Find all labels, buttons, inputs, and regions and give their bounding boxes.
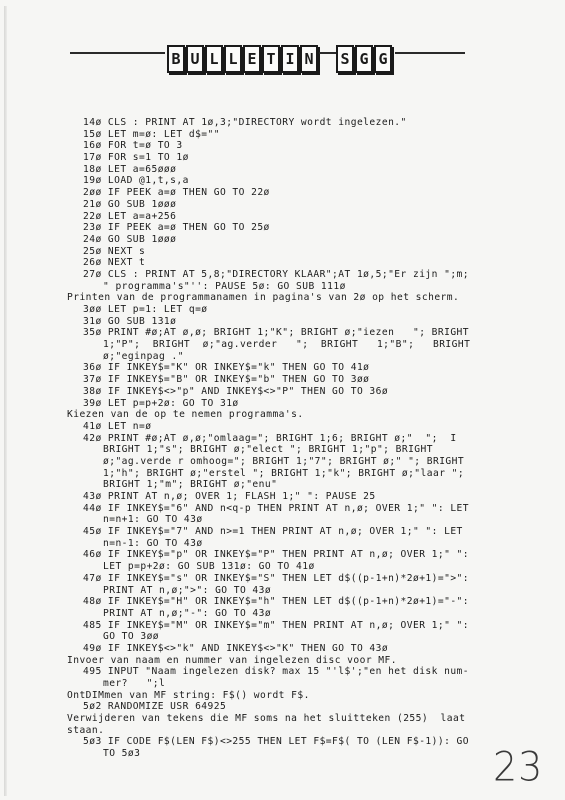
listing-code-line: 38ø IF INKEY$<>"p" AND INKEY$<>"P" THEN …	[67, 386, 547, 398]
listing-continuation-line: " programma's"'': PAUSE 5ø: GO SUB 111ø	[67, 281, 547, 293]
listing-comment: Printen van de programmanamen in pagina'…	[67, 292, 547, 304]
listing-code-line: 31ø GO SUB 131ø	[67, 316, 547, 328]
banner-letter-tile: B	[167, 45, 185, 73]
listing-continuation-line: ø;"ag.verde r omhoog="; BRIGHT 1;"7"; BR…	[67, 456, 547, 468]
listing-continuation-line: 1;"P"; BRIGHT ø;"ag.verder "; BRIGHT 1;"…	[67, 339, 547, 351]
listing-comment: OntDIMmen van MF string: F$() wordt F$.	[67, 690, 547, 702]
listing-continuation-line: GO TO 3øø	[67, 631, 547, 643]
listing-continuation-line: mer? ";l	[67, 678, 547, 690]
listing-code-line: 3øø LET p=1: LET q=ø	[67, 304, 547, 316]
listing-code-line: 44ø IF INKEY$="6" AND n<q-p THEN PRINT A…	[67, 503, 547, 515]
listing-continuation-line: 1;"h"; BRIGHT ø;"erstel "; BRIGHT 1;"k";…	[67, 468, 547, 480]
listing-code-line: 5ø2 RANDOMIZE USR 64925	[67, 701, 547, 713]
listing-code-line: 24ø GO SUB 1øøø	[67, 234, 547, 246]
listing-code-line: 26ø NEXT t	[67, 257, 547, 269]
listing-continuation-line: BRIGHT 1;"s"; BRIGHT ø;"elect "; BRIGHT …	[67, 444, 547, 456]
banner-letter-tile: G	[355, 45, 373, 73]
banner-letter-tile: I	[281, 45, 299, 73]
bulletin-banner: BULLETINSGG	[165, 45, 395, 75]
listing-code-line: 25ø NEXT s	[67, 246, 547, 258]
listing-code-line: 42ø PRINT #ø;AT ø,ø;"omlaag="; BRIGHT 1;…	[67, 433, 547, 445]
listing-code-line: 22ø LET a=a+256	[67, 211, 547, 223]
listing-code-line: 27ø CLS : PRINT AT 5,8;"DIRECTORY KLAAR"…	[67, 269, 547, 281]
listing-code-line: 2øø IF PEEK a=ø THEN GO TO 22ø	[67, 187, 547, 199]
banner-word: BULLETIN	[167, 45, 319, 75]
listing-code-line: 47ø IF INKEY$="s" OR INKEY$="S" THEN LET…	[67, 573, 547, 585]
banner-letter-tile: L	[205, 45, 223, 73]
page-number: 23	[493, 744, 543, 790]
listing-code-line: 36ø IF INKEY$="K" OR INKEY$="k" THEN GO …	[67, 362, 547, 374]
listing-continuation-line: BRIGHT 1;"m"; BRIGHT ø;"enu"	[67, 479, 547, 491]
listing-code-line: 41ø LET n=ø	[67, 421, 547, 433]
listing-continuation-line: PRINT AT n,ø;">": GO TO 43ø	[67, 585, 547, 597]
listing-comment: Verwijderen van tekens die MF soms na he…	[67, 713, 547, 725]
listing-comment: staan.	[67, 725, 547, 737]
listing-code-line: 17ø FOR s=1 TO 1ø	[67, 152, 547, 164]
listing-code-line: 14ø CLS : PRINT AT 1ø,3;"DIRECTORY wordt…	[67, 117, 547, 129]
listing-code-line: 46ø IF INKEY$="p" OR INKEY$="P" THEN PRI…	[67, 549, 547, 561]
listing-continuation-line: TO 5ø3	[67, 748, 547, 760]
listing-code-line: 18ø LET a=65øøø	[67, 164, 547, 176]
banner-letter-tile: T	[262, 45, 280, 73]
listing-comment: Invoer van naam en nummer van ingelezen …	[67, 655, 547, 667]
banner-letter-tile: S	[336, 45, 354, 73]
listing-code-line: 15ø LET m=ø: LET d$=""	[67, 129, 547, 141]
banner-letter-tile: L	[224, 45, 242, 73]
listing-code-line: 495 INPUT "Naam ingelezen disk? max 15 "…	[67, 666, 547, 678]
listing-code-line: 19ø LOAD @1,t,s,a	[67, 175, 547, 187]
banner-letter-tile: U	[186, 45, 204, 73]
listing-code-line: 16ø FOR t=ø TO 3	[67, 140, 547, 152]
listing-code-line: 43ø PRINT AT n,ø; OVER 1; FLASH 1;" ": P…	[67, 491, 547, 503]
listing-code-line: 23ø IF PEEK a=ø THEN GO TO 25ø	[67, 222, 547, 234]
listing-code-line: 45ø IF INKEY$="7" AND n>=1 THEN PRINT AT…	[67, 526, 547, 538]
listing-comment: Kiezen van de op te nemen programma's.	[67, 409, 547, 421]
banner-letter-tile: N	[300, 45, 318, 73]
listing-code-line: 48ø IF INKEY$="H" OR INKEY$="h" THEN LET…	[67, 596, 547, 608]
listing-continuation-line: LET p=p+2ø: GO SUB 131ø: GO TO 41ø	[67, 561, 547, 573]
banner-word: SGG	[336, 45, 393, 75]
basic-program-listing: 14ø CLS : PRINT AT 1ø,3;"DIRECTORY wordt…	[67, 117, 547, 760]
scan-page-edge	[4, 6, 7, 796]
listing-continuation-line: n=n+1: GO TO 43ø	[67, 514, 547, 526]
listing-continuation-line: ø;"eginpag ."	[67, 351, 547, 363]
listing-code-line: 35ø PRINT #ø;AT ø,ø; BRIGHT 1;"K"; BRIGH…	[67, 327, 547, 339]
listing-code-line: 485 IF INKEY$="M" OR INKEY$="m" THEN PRI…	[67, 620, 547, 632]
banner-letter-tile: E	[243, 45, 261, 73]
listing-code-line: 5ø3 IF CODE F$(LEN F$)<>255 THEN LET F$=…	[67, 736, 547, 748]
listing-code-line: 21ø GO SUB 1øøø	[67, 199, 547, 211]
listing-continuation-line: PRINT AT n,ø;"-": GO TO 43ø	[67, 608, 547, 620]
banner-letter-tile: G	[374, 45, 392, 73]
listing-code-line: 37ø IF INKEY$="B" OR INKEY$="b" THEN GO …	[67, 374, 547, 386]
listing-code-line: 49ø IF INKEY$<>"k" AND INKEY$<>"K" THEN …	[67, 643, 547, 655]
listing-continuation-line: n=n-1: GO TO 43ø	[67, 538, 547, 550]
banner-gap	[319, 45, 336, 75]
listing-code-line: 39ø LET p=p+2ø: GO TO 31ø	[67, 398, 547, 410]
